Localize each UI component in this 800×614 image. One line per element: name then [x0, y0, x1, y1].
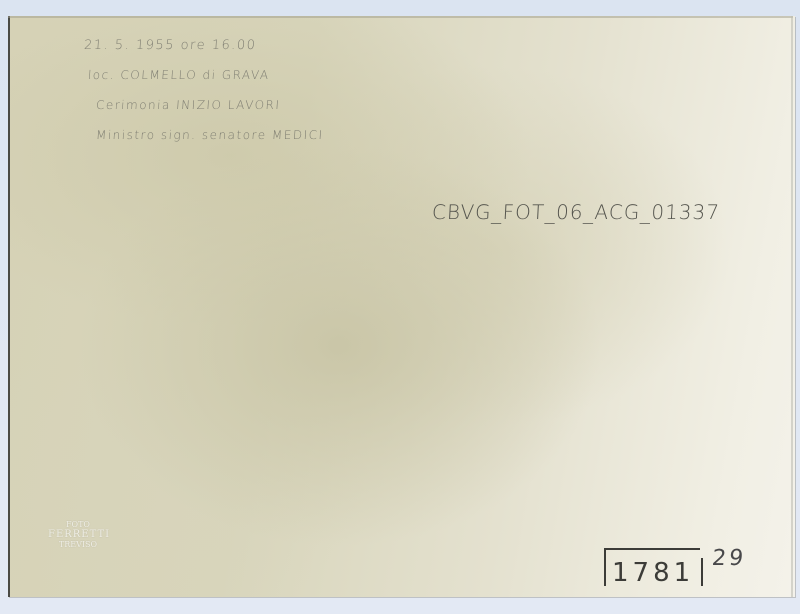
note-location: loc. COLMELLO di GRAVA — [88, 68, 271, 82]
page-number: 29 — [711, 546, 748, 571]
note-event: Cerimonia INIZIO LAVORI — [96, 98, 281, 112]
stamp-line-2: FERRETTI — [48, 530, 108, 540]
note-date-time: 21. 5. 1955 ore 16.00 — [83, 38, 256, 53]
embossed-photographer-stamp: FOTO FERRETTI TREVISO — [48, 520, 108, 550]
inventory-number-box: 1781 — [604, 548, 700, 586]
stamp-line-3: TREVISO — [48, 540, 108, 550]
note-people: Ministro sign. senatore MEDICI — [96, 128, 325, 142]
paper-top-edge — [8, 16, 793, 18]
paper-right-edge — [791, 16, 793, 597]
archive-code: CBVG_FOT_06_ACG_01337 — [431, 200, 720, 224]
